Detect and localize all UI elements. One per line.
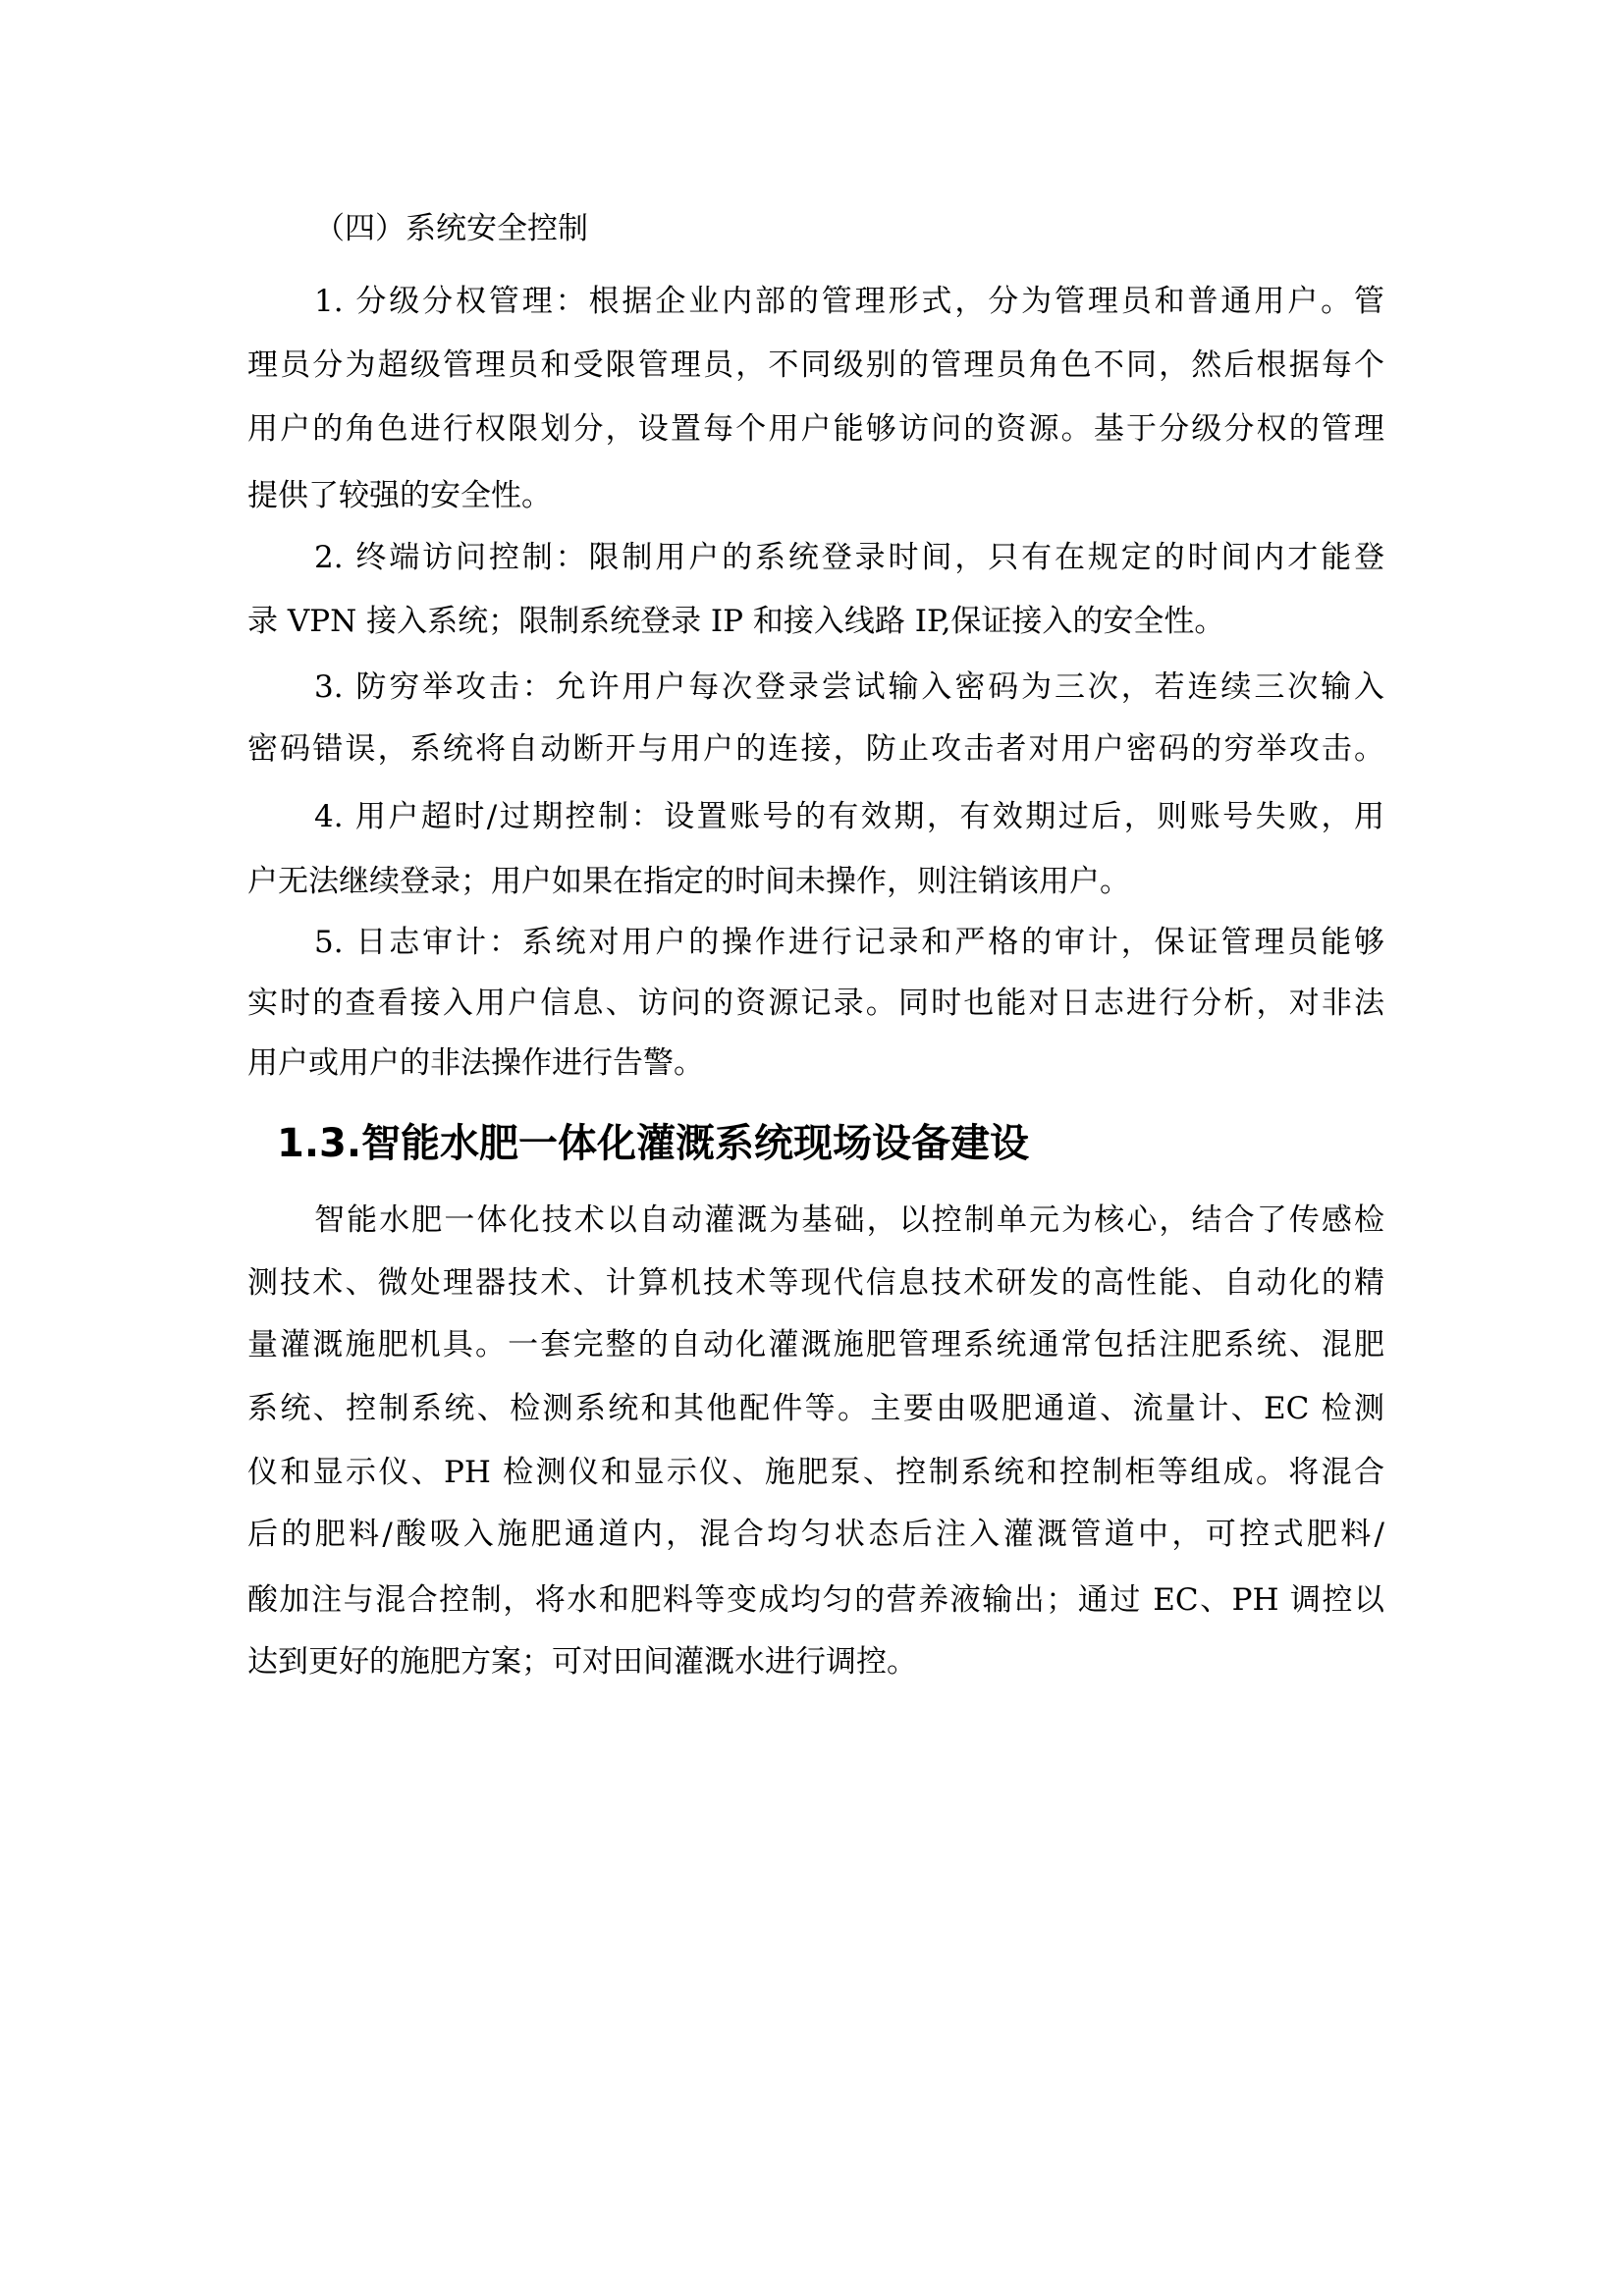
paragraph-line: 录 VPN 接入系统；限制系统登录 IP 和接入线路 IP,保证接入的安全性。 bbox=[247, 590, 1384, 653]
paragraph-line: 2. 终端访问控制：限制用户的系统登录时间，只有在规定的时间内才能登 bbox=[314, 526, 1384, 589]
paragraph-line: 实时的查看接入用户信息、访问的资源记录。同时也能对日志进行分析，对非法 bbox=[247, 972, 1384, 1035]
paragraph-line: 量灌溉施肥机具。一套完整的自动化灌溉施肥管理系统通常包括注肥系统、混肥 bbox=[247, 1313, 1384, 1376]
document-page: （四）系统安全控制 1. 分级分权管理：根据企业内部的管理形式，分为管理员和普通… bbox=[0, 0, 1624, 2296]
paragraph-line: 4. 用户超时/过期控制：设置账号的有效期，有效期过后，则账号失败，用 bbox=[314, 785, 1384, 848]
paragraph-line: 理员分为超级管理员和受限管理员，不同级别的管理员角色不同，然后根据每个 bbox=[247, 334, 1384, 397]
paragraph-line: 提供了较强的安全性。 bbox=[247, 464, 1384, 527]
paragraph-line: 智能水肥一体化技术以自动灌溉为基础，以控制单元为核心，结合了传感检 bbox=[314, 1189, 1384, 1252]
paragraph-line: 密码错误，系统将自动断开与用户的连接，防止攻击者对用户密码的穷举攻击。 bbox=[247, 718, 1384, 780]
subsection-heading: （四）系统安全控制 bbox=[314, 197, 588, 260]
paragraph-line: 达到更好的施肥方案；可对田间灌溉水进行调控。 bbox=[247, 1630, 1384, 1693]
paragraph-line: 3. 防穷举攻击：允许用户每次登录尝试输入密码为三次，若连续三次输入 bbox=[314, 656, 1384, 719]
paragraph-line: 后的肥料/酸吸入施肥通道内，混合均匀状态后注入灌溉管道中，可控式肥料/ bbox=[247, 1503, 1384, 1566]
paragraph-line: 5. 日志审计：系统对用户的操作进行记录和严格的审计，保证管理员能够 bbox=[314, 911, 1384, 974]
paragraph-line: 系统、控制系统、检测系统和其他配件等。主要由吸肥通道、流量计、EC 检测 bbox=[247, 1377, 1384, 1440]
paragraph-line: 用户的角色进行权限划分，设置每个用户能够访问的资源。基于分级分权的管理 bbox=[247, 398, 1384, 460]
paragraph-line: 户无法继续登录；用户如果在指定的时间未操作，则注销该用户。 bbox=[247, 850, 1384, 913]
section-title: 1.3.智能水肥一体化灌溉系统现场设备建设 bbox=[277, 1114, 1029, 1173]
paragraph-line: 测技术、微处理器技术、计算机技术等现代信息技术研发的高性能、自动化的精 bbox=[247, 1252, 1384, 1314]
paragraph-line: 1. 分级分权管理：根据企业内部的管理形式，分为管理员和普通用户。管 bbox=[314, 270, 1384, 333]
paragraph-line: 仪和显示仪、PH 检测仪和显示仪、施肥泵、控制系统和控制柜等组成。将混合 bbox=[247, 1441, 1384, 1504]
paragraph-line: 酸加注与混合控制，将水和肥料等变成均匀的营养液输出；通过 EC、PH 调控以 bbox=[247, 1569, 1384, 1631]
paragraph-line: 用户或用户的非法操作进行告警。 bbox=[247, 1032, 1384, 1095]
